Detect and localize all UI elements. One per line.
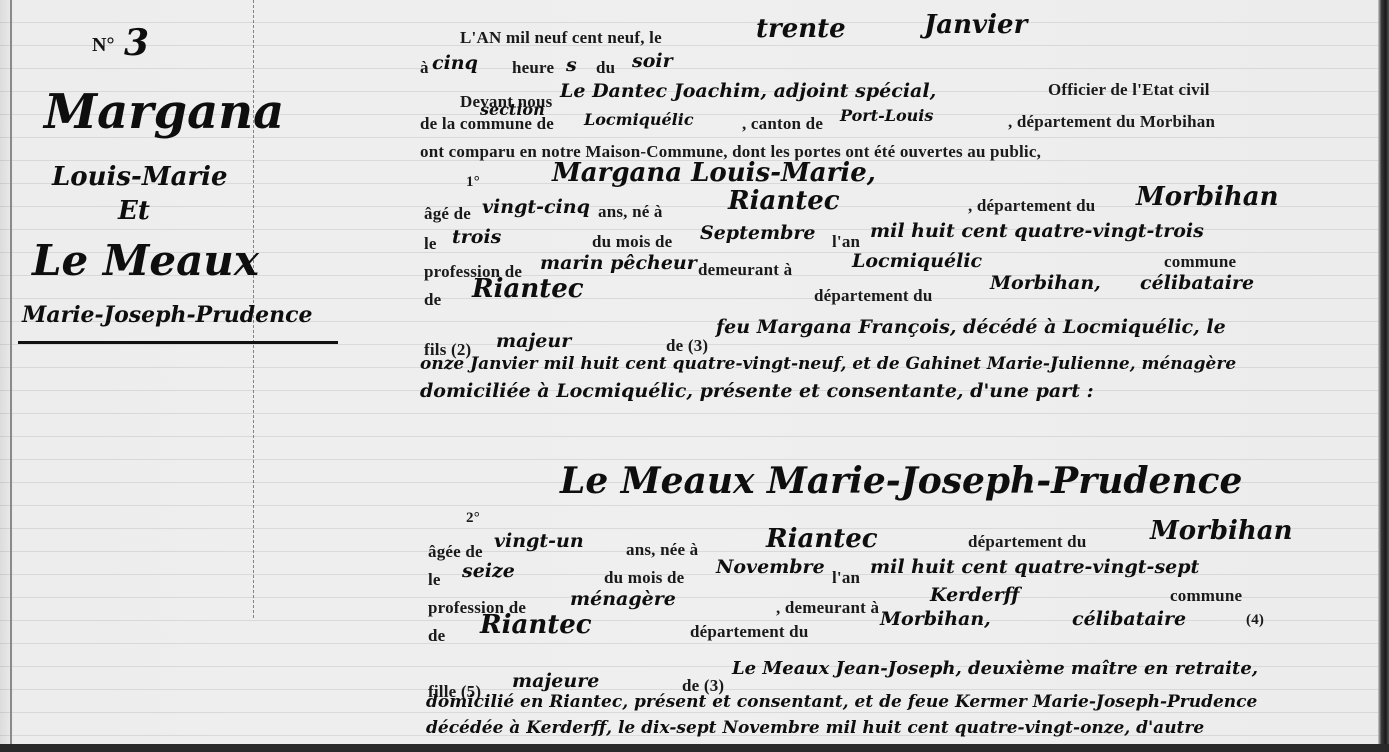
groom-majority: majeur xyxy=(496,330,571,352)
bride-note-4: (4) xyxy=(1246,612,1264,629)
groom-de-label: de xyxy=(424,290,441,310)
marriage-hour: cinq xyxy=(432,52,478,74)
record-number-label: N° xyxy=(92,34,114,57)
bride-majority: majeure xyxy=(512,670,599,692)
binding-edge xyxy=(1378,0,1389,744)
margin-bride-given: Marie-Joseph-Prudence xyxy=(22,302,313,328)
groom-birthplace: Riantec xyxy=(728,186,840,216)
bride-year-label: l'an xyxy=(832,568,860,588)
bride-born-label: ans, née à xyxy=(626,540,698,560)
groom-index: 1° xyxy=(466,174,480,191)
bride-residence: Kerderff xyxy=(930,584,1019,606)
margin-bride-surname: Le Meaux xyxy=(32,236,259,285)
preamble-a: à xyxy=(420,58,429,78)
groom-born-label: ans, né à xyxy=(598,202,663,222)
groom-commune-label: commune xyxy=(1164,252,1236,272)
bride-month-label: du mois de xyxy=(604,568,684,588)
margin-underline xyxy=(18,341,338,344)
bride-commune: Riantec xyxy=(480,610,592,640)
groom-day-label: le xyxy=(424,234,437,254)
bride-age-label: âgée de xyxy=(428,542,483,562)
preamble-s: s xyxy=(566,54,577,76)
bride-birth-day: seize xyxy=(462,560,515,582)
preamble-du: du xyxy=(596,58,615,78)
bride-birthplace: Riantec xyxy=(766,524,878,554)
groom-dept: Morbihan xyxy=(1136,182,1279,212)
record-number: 3 xyxy=(124,22,149,64)
bride-status: célibataire xyxy=(1072,608,1186,630)
bride-de-label: de xyxy=(428,626,445,646)
bride-residence-label: , demeurant à xyxy=(776,598,879,618)
bride-name: Le Meaux Marie-Joseph-Prudence xyxy=(560,460,1242,502)
page-left-edge xyxy=(10,0,12,744)
groom-age: vingt-cinq xyxy=(482,196,590,218)
groom-dept2: Morbihan, xyxy=(990,272,1101,294)
canton-name: Port-Louis xyxy=(840,106,933,125)
bride-dept-label: département du xyxy=(968,532,1087,552)
struck-section: section xyxy=(480,100,545,119)
preamble-dept: , département du Morbihan xyxy=(1008,112,1215,132)
bride-parents-1: Le Meaux Jean-Joseph, deuxième maître en… xyxy=(732,658,1258,679)
bride-birth-month: Novembre xyxy=(716,556,825,578)
groom-residence-label: demeurant à xyxy=(698,260,792,280)
groom-age-label: âgé de xyxy=(424,204,471,224)
groom-parents-3: domiciliée à Locmiquélic, présente et co… xyxy=(420,380,1094,402)
groom-status: célibataire xyxy=(1140,272,1254,294)
bride-dept: Morbihan xyxy=(1150,516,1293,546)
groom-dept-label: , département du xyxy=(968,196,1095,216)
groom-birth-month: Septembre xyxy=(700,222,815,244)
bottom-bar xyxy=(0,744,1389,752)
officer-name: Le Dantec Joachim, adjoint spécial, xyxy=(560,80,936,102)
margin-groom-given: Louis-Marie xyxy=(52,162,228,192)
bride-index: 2° xyxy=(466,510,480,527)
bride-age: vingt-un xyxy=(494,530,584,552)
marriage-day: trente xyxy=(756,14,846,44)
bride-commune-label: commune xyxy=(1170,586,1242,606)
preamble-heure: heure xyxy=(512,58,554,78)
bride-parents-2: domicilié en Riantec, présent et consent… xyxy=(426,692,1257,712)
bride-parents-3: décédée à Kerderff, le dix-sept Novembre… xyxy=(426,718,1204,738)
groom-name: Margana Louis-Marie, xyxy=(552,158,876,188)
groom-residence: Locmiquélic xyxy=(852,250,982,272)
marriage-month: Janvier xyxy=(924,10,1027,40)
bride-profession: ménagère xyxy=(570,588,676,610)
groom-parents-2: onze Janvier mil huit cent quatre-vingt-… xyxy=(420,354,1236,374)
groom-profession: marin pêcheur xyxy=(540,252,697,274)
groom-birth-year: mil huit cent quatre-vingt-trois xyxy=(870,220,1204,242)
bride-dept2: Morbihan, xyxy=(880,608,991,630)
marriage-time: soir xyxy=(632,50,673,72)
margin-groom-surname: Margana xyxy=(44,84,284,140)
groom-birth-day: trois xyxy=(452,226,501,248)
groom-of-label: de (3) xyxy=(666,336,708,356)
register-page: N° 3 Margana Louis-Marie Et Le Meaux Mar… xyxy=(0,0,1389,744)
preamble-year: L'AN mil neuf cent neuf, le xyxy=(460,28,662,48)
groom-dept2-label: département du xyxy=(814,286,933,306)
groom-month-label: du mois de xyxy=(592,232,672,252)
bride-day-label: le xyxy=(428,570,441,590)
preamble-canton: , canton de xyxy=(742,114,823,134)
bride-birth-year: mil huit cent quatre-vingt-sept xyxy=(870,556,1199,578)
groom-year-label: l'an xyxy=(832,232,860,252)
groom-commune: Riantec xyxy=(472,274,584,304)
groom-parents-1: feu Margana François, décédé à Locmiquél… xyxy=(716,316,1226,338)
officer-title: Officier de l'Etat civil xyxy=(1048,80,1210,100)
bride-dept2-label: département du xyxy=(690,622,809,642)
margin-conjunction: Et xyxy=(118,196,150,226)
commune-name: Locmiquélic xyxy=(584,110,694,129)
